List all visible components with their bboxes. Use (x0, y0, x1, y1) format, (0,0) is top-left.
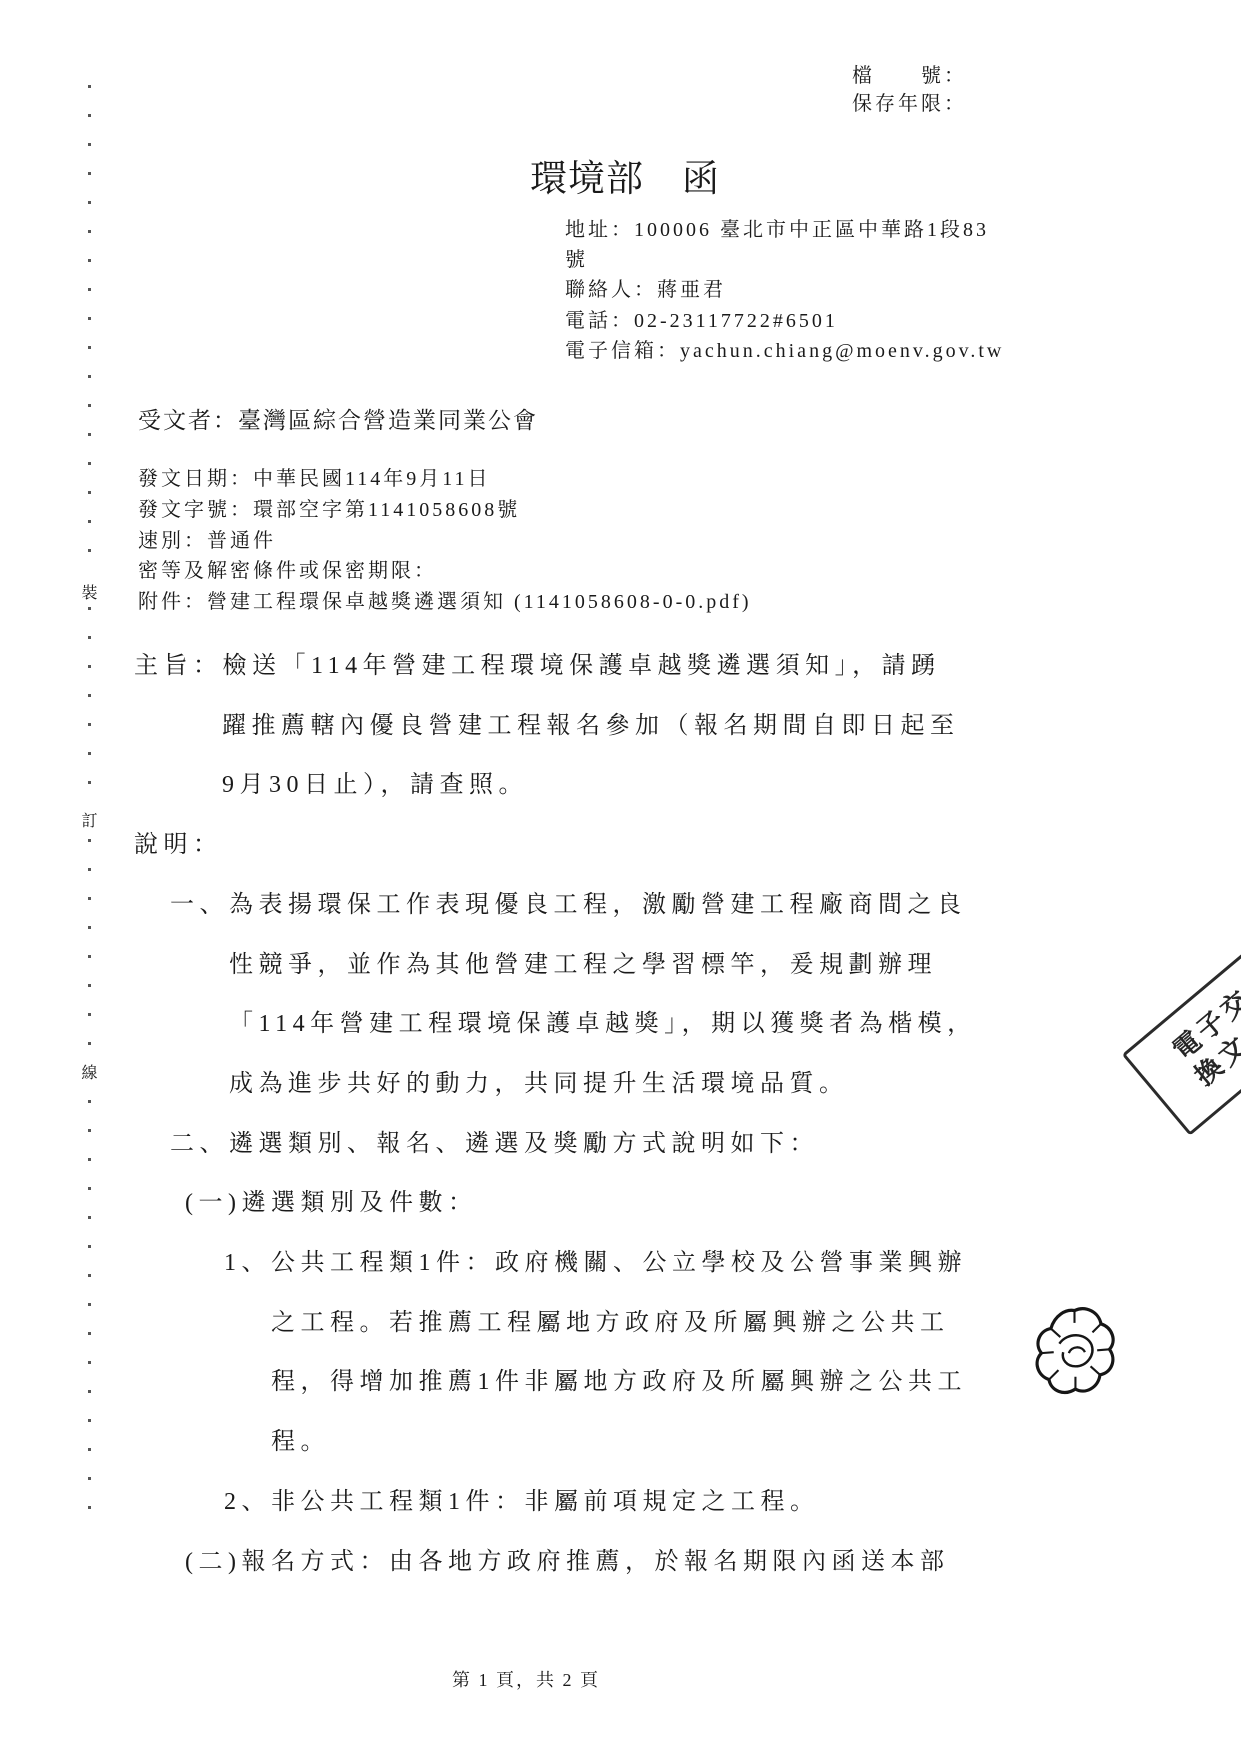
meta-line: 密等及解密條件或保密期限： (138, 556, 752, 587)
sender-info-line: 號 (565, 245, 1004, 275)
meta-line: 附件：營建工程環保卓越獎遴選須知 (1141058608-0-0.pdf) (138, 587, 752, 618)
sender-info-line: 電子信箱：yachun.chiang@moenv.gov.tw (565, 336, 1004, 366)
body-line: 性競爭，並作為其他營建工程之學習標竿，爰規劃辦理 (229, 936, 937, 996)
body-line: 一、為表揚環保工作表現優良工程，激勵營建工程廠商間之良 (170, 876, 967, 936)
page-footer: 第 1 頁，共 2 頁 (452, 1666, 600, 1692)
binding-mark-xian: 線 (75, 1056, 104, 1087)
body-line: 2、非公共工程類1件：非屬前項規定之工程。 (224, 1473, 820, 1533)
body-line: 主旨：檢送「114年營建工程環境保護卓越獎遴選須知」，請踴 (134, 637, 941, 697)
body-line: (一)遴選類別及件數： (185, 1174, 477, 1234)
body-line: 程。 (271, 1413, 330, 1473)
body-line: 9月30日止），請查照。 (222, 756, 528, 816)
body-line: 躍推薦轄內優良營建工程報名參加（報名期間自即日起至 (222, 697, 960, 757)
body-line: 說明： (134, 816, 223, 876)
body-line: 「114年營建工程環境保護卓越獎」，期以獲獎者為楷模， (229, 995, 977, 1055)
body-line: 成為進步共好的動力，共同提升生活環境品質。 (229, 1055, 849, 1115)
body-line: (二)報名方式：由各地方政府推薦，於報名期限內函送本部 (185, 1533, 949, 1593)
meta-line: 發文字號：環部空字第1141058608號 (138, 495, 752, 526)
sender-info-line: 電話：02-23117722#6501 (565, 306, 1004, 336)
body-line: 之工程。若推薦工程屬地方政府及所屬興辦之公共工 (271, 1294, 950, 1354)
retention-period-label: 保存年限： (852, 90, 967, 118)
meta-line: 速別：普通件 (138, 526, 752, 557)
recipient-line: 受文者：臺灣區綜合營造業同業公會 (138, 402, 538, 435)
body-line: 二、遴選類別、報名、遴選及獎勵方式說明如下： (170, 1115, 819, 1175)
sender-info-line: 地址：100006 臺北市中正區中華路1段83 (565, 215, 1004, 245)
official-letter-page: 檔 號： 保存年限： 環境部 函 地址：100006 臺北市中正區中華路1段83… (0, 0, 1241, 1754)
body-line: 程，得增加推薦1件非屬地方政府及所屬興辦之公共工 (271, 1353, 967, 1413)
binding-mark-zhuang: 裝 (75, 576, 104, 607)
file-number-label: 檔 號： (852, 62, 967, 90)
sender-info-line: 聯絡人：蔣亜君 (565, 275, 1004, 305)
binding-mark-ding: 訂 (75, 804, 104, 835)
electronic-exchange-stamp: 電子交換文件 (1122, 940, 1241, 1136)
sender-info-block: 地址：100006 臺北市中正區中華路1段83號聯絡人：蔣亜君電話：02-231… (565, 215, 1004, 366)
rosette-seal-icon (1032, 1303, 1117, 1407)
electronic-exchange-stamp-text: 電子交換文件 (1158, 975, 1241, 1101)
file-number-block: 檔 號： 保存年限： (852, 62, 967, 118)
seal-stamp (1032, 1303, 1117, 1412)
meta-line: 發文日期：中華民國114年9月11日 (138, 464, 752, 495)
body-line: 1、公共工程類1件：政府機關、公立學校及公營事業興辦 (224, 1234, 967, 1294)
document-meta-block: 發文日期：中華民國114年9月11日發文字號：環部空字第1141058608號速… (138, 464, 752, 618)
document-title: 環境部 函 (530, 148, 720, 202)
